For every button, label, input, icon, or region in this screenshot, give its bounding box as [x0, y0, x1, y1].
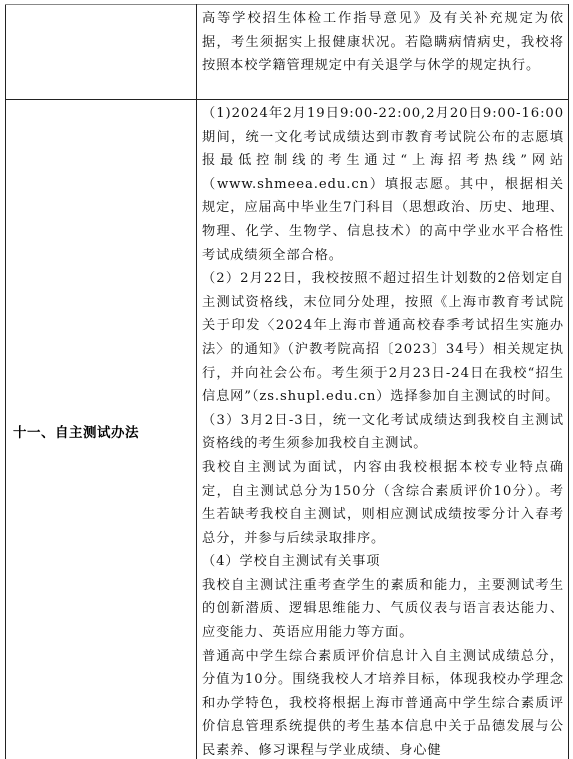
paragraph-test-focus: 我校自主测试注重考查学生的素质和能力，主要测试考生的创新潜质、逻辑思维能力、气质…	[202, 574, 564, 645]
paragraph-interview-scoring: 我校自主测试为面试，内容由我校根据本校专业特点确定，自主测试总分为150分（含综…	[202, 456, 564, 550]
row-content-cell: （1)2024年2月19日9:00-22:00,2月20日9:00-16:00期…	[197, 100, 569, 759]
paragraph-step-1-volunteer-filing: （1)2024年2月19日9:00-22:00,2月20日9:00-16:00期…	[202, 102, 564, 267]
paragraph-step-2-qualification-line: （2）2月22日，我校按照不超过招生计划数的2倍划定自主测试资格线，末位同分处理…	[202, 267, 564, 409]
paragraph-comprehensive-evaluation: 普通高中学生综合素质评价信息计入自主测试成绩总分，分值为10分。围绕我校人才培养…	[202, 645, 564, 759]
paragraph-step-3-self-test-date: （3）3月2日-3日，统一文化考试成绩达到我校自主测试资格线的考生须参加我校自主…	[202, 409, 564, 456]
row-content-cell: 高等学校招生体检工作指导意见》及有关补充规定为依据，考生须据实上报健康状况。若隐…	[197, 5, 569, 100]
paragraph-step-4-heading: （4）学校自主测试有关事项	[202, 550, 564, 574]
row-label-cell	[6, 5, 197, 100]
row-label-cell: 十一、自主测试办法	[6, 100, 197, 759]
paragraph: 高等学校招生体检工作指导意见》及有关补充规定为依据，考生须据实上报健康状况。若隐…	[202, 7, 564, 78]
admission-policy-table: 高等学校招生体检工作指导意见》及有关补充规定为依据，考生须据实上报健康状况。若隐…	[5, 4, 569, 759]
section-title-self-test: 十一、自主测试办法	[6, 421, 196, 441]
table-row-health-check: 高等学校招生体检工作指导意见》及有关补充规定为依据，考生须据实上报健康状况。若隐…	[6, 5, 569, 100]
table-row-self-test-method: 十一、自主测试办法 （1)2024年2月19日9:00-22:00,2月20日9…	[6, 100, 569, 759]
